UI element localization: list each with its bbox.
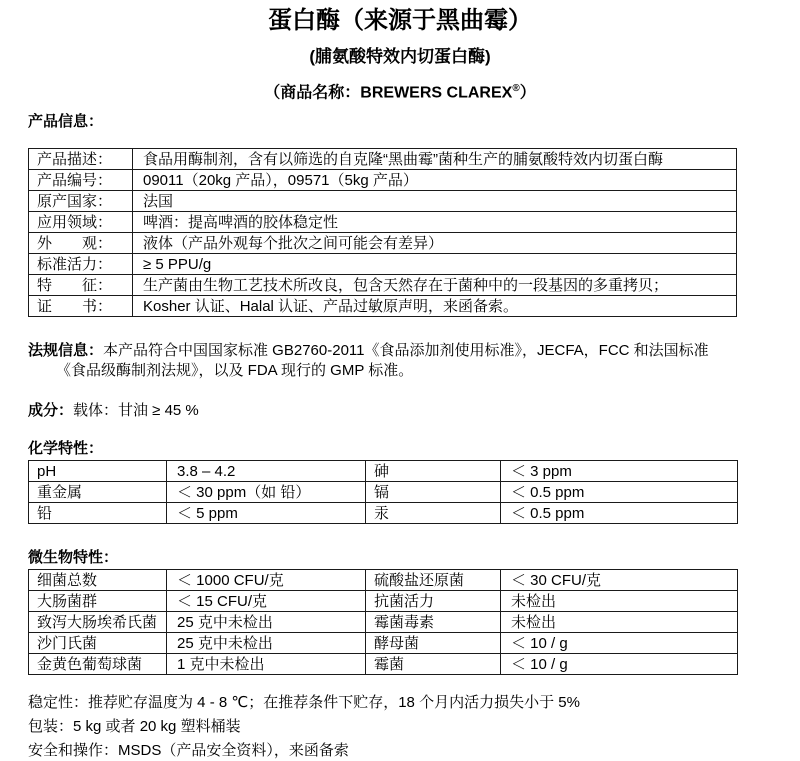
param-name: 汞	[366, 503, 501, 524]
param-name: 硫酸盐还原菌	[366, 570, 501, 591]
product-info-heading: 产品信息：	[28, 112, 737, 131]
row-value: 食品用酶制剂，含有以筛选的自克隆“黑曲霉”菌种生产的脯氨酸特效内切蛋白酶	[133, 149, 737, 170]
param-value: ＜ 15 CFU/克	[167, 591, 366, 612]
param-name: 铅	[29, 503, 167, 524]
registered-trademark-symbol: ®	[512, 83, 519, 94]
param-name: 大肠菌群	[29, 591, 167, 612]
row-label: 产品编号：	[29, 170, 133, 191]
microbiological-properties-table: 细菌总数 ＜ 1000 CFU/克 硫酸盐还原菌 ＜ 30 CFU/克 大肠菌群…	[28, 569, 738, 675]
table-row: 致泻大肠埃希氏菌 25 克中未检出 霉菌毒素 未检出	[29, 612, 738, 633]
param-value: ＜ 30 CFU/克	[501, 570, 738, 591]
packaging-line: 包装：5 kg 或者 20 kg 塑料桶装	[28, 715, 737, 739]
stability-label: 稳定性：	[28, 694, 88, 711]
row-value: 法国	[133, 191, 737, 212]
table-row: 金黄色葡萄球菌 1 克中未检出 霉菌 ＜ 10 / g	[29, 654, 738, 675]
packaging-label: 包装：	[28, 718, 73, 735]
composition-label: 成分：	[28, 402, 73, 419]
table-row: 细菌总数 ＜ 1000 CFU/克 硫酸盐还原菌 ＜ 30 CFU/克	[29, 570, 738, 591]
table-row: 应用领域： 啤酒：提高啤酒的胶体稳定性	[29, 212, 737, 233]
table-row: 重金属 ＜ 30 ppm（如 铅） 镉 ＜ 0.5 ppm	[29, 482, 738, 503]
row-value: Kosher 认证、Halal 认证、产品过敏原声明，来函备索。	[133, 296, 737, 317]
row-value: ≥ 5 PPU/g	[133, 254, 737, 275]
table-row: 产品描述： 食品用酶制剂，含有以筛选的自克隆“黑曲霉”菌种生产的脯氨酸特效内切蛋…	[29, 149, 737, 170]
chemical-properties-table: pH 3.8 – 4.2 砷 ＜ 3 ppm 重金属 ＜ 30 ppm（如 铅）…	[28, 460, 738, 524]
table-row: 铅 ＜ 5 ppm 汞 ＜ 0.5 ppm	[29, 503, 738, 524]
row-label: 外 观：	[29, 233, 133, 254]
param-value: ＜ 0.5 ppm	[501, 503, 738, 524]
regulatory-info-line1: 本产品符合中国国家标准 GB2760-2011《食品添加剂使用标准》，JECFA…	[103, 342, 709, 359]
row-label: 特 征：	[29, 275, 133, 296]
param-value: ＜ 3 ppm	[501, 461, 738, 482]
table-row: 标准活力： ≥ 5 PPU/g	[29, 254, 737, 275]
row-label: 原产国家：	[29, 191, 133, 212]
stability-line: 稳定性：推荐贮存温度为 4 - 8 ℃；在推荐条件下贮存，18 个月内活力损失小…	[28, 691, 737, 715]
param-name: 砷	[366, 461, 501, 482]
param-name: 酵母菌	[366, 633, 501, 654]
row-label: 应用领域：	[29, 212, 133, 233]
regulatory-info-label: 法规信息：	[28, 342, 103, 359]
param-value: ＜ 30 ppm（如 铅）	[167, 482, 366, 503]
composition-value: 载体：甘油 ≥ 45 %	[73, 402, 199, 419]
param-value: ＜ 10 / g	[501, 654, 738, 675]
param-value: 3.8 – 4.2	[167, 461, 366, 482]
packaging-value: 5 kg 或者 20 kg 塑料桶装	[73, 718, 241, 735]
param-name: 镉	[366, 482, 501, 503]
document-title: 蛋白酶（来源于黑曲霉）	[0, 6, 800, 36]
table-row: 产品编号： 09011（20kg 产品），09571（5kg 产品）	[29, 170, 737, 191]
composition-line: 成分：载体：甘油 ≥ 45 %	[28, 401, 737, 421]
document-subtitle: (脯氨酸特效内切蛋白酶)	[0, 46, 800, 68]
chemical-properties-heading: 化学特性：	[28, 439, 737, 458]
table-row: pH 3.8 – 4.2 砷 ＜ 3 ppm	[29, 461, 738, 482]
table-row: 大肠菌群 ＜ 15 CFU/克 抗菌活力 未检出	[29, 591, 738, 612]
param-name: 致泻大肠埃希氏菌	[29, 612, 167, 633]
param-name: 金黄色葡萄球菌	[29, 654, 167, 675]
param-name: 霉菌毒素	[366, 612, 501, 633]
document-content: 产品信息： 产品描述： 食品用酶制剂，含有以筛选的自克隆“黑曲霉”菌种生产的脯氨…	[0, 112, 800, 761]
param-value: 1 克中未检出	[167, 654, 366, 675]
safety-handling-value: MSDS（产品安全资料），来函备索	[118, 742, 349, 759]
param-value: 未检出	[501, 591, 738, 612]
param-value: ＜ 1000 CFU/克	[167, 570, 366, 591]
row-value: 09011（20kg 产品），09571（5kg 产品）	[133, 170, 737, 191]
row-label: 产品描述：	[29, 149, 133, 170]
document-page: 蛋白酶（来源于黑曲霉） (脯氨酸特效内切蛋白酶) （商品名称：BREWERS C…	[0, 0, 800, 761]
row-value: 生产菌由生物工艺技术所改良，包含天然存在于菌种中的一段基因的多重拷贝；	[133, 275, 737, 296]
product-info-table: 产品描述： 食品用酶制剂，含有以筛选的自克隆“黑曲霉”菌种生产的脯氨酸特效内切蛋…	[28, 148, 737, 317]
param-name: pH	[29, 461, 167, 482]
regulatory-info-paragraph: 法规信息：本产品符合中国国家标准 GB2760-2011《食品添加剂使用标准》，…	[28, 341, 737, 381]
param-name: 抗菌活力	[366, 591, 501, 612]
trade-name: BREWERS CLAREX	[360, 84, 512, 101]
row-label: 标准活力：	[29, 254, 133, 275]
microbiological-properties-heading: 微生物特性：	[28, 548, 737, 567]
row-label: 证 书：	[29, 296, 133, 317]
safety-handling-label: 安全和操作：	[28, 742, 118, 759]
param-value: ＜ 10 / g	[501, 633, 738, 654]
param-name: 霉菌	[366, 654, 501, 675]
row-value: 液体（产品外观每个批次之间可能会有差异）	[133, 233, 737, 254]
param-value: 25 克中未检出	[167, 612, 366, 633]
regulatory-info-line2: 《食品级酶制剂法规》，以及 FDA 现行的 GMP 标准。	[28, 361, 413, 381]
param-name: 沙门氏菌	[29, 633, 167, 654]
stability-value: 推荐贮存温度为 4 - 8 ℃；在推荐条件下贮存，18 个月内活力损失小于 5%	[88, 694, 580, 711]
param-value: 未检出	[501, 612, 738, 633]
table-row: 证 书： Kosher 认证、Halal 认证、产品过敏原声明，来函备索。	[29, 296, 737, 317]
safety-handling-line: 安全和操作：MSDS（产品安全资料），来函备索	[28, 739, 737, 761]
param-value: ＜ 0.5 ppm	[501, 482, 738, 503]
table-row: 外 观： 液体（产品外观每个批次之间可能会有差异）	[29, 233, 737, 254]
table-row: 特 征： 生产菌由生物工艺技术所改良，包含天然存在于菌种中的一段基因的多重拷贝；	[29, 275, 737, 296]
param-name: 细菌总数	[29, 570, 167, 591]
trade-name-suffix: ）	[520, 84, 536, 101]
param-value: ＜ 5 ppm	[167, 503, 366, 524]
row-value: 啤酒：提高啤酒的胶体稳定性	[133, 212, 737, 233]
trade-name-prefix: （商品名称：	[264, 84, 360, 101]
table-row: 沙门氏菌 25 克中未检出 酵母菌 ＜ 10 / g	[29, 633, 738, 654]
table-row: 原产国家： 法国	[29, 191, 737, 212]
trade-name-line: （商品名称：BREWERS CLAREX®）	[0, 78, 800, 104]
param-value: 25 克中未检出	[167, 633, 366, 654]
param-name: 重金属	[29, 482, 167, 503]
